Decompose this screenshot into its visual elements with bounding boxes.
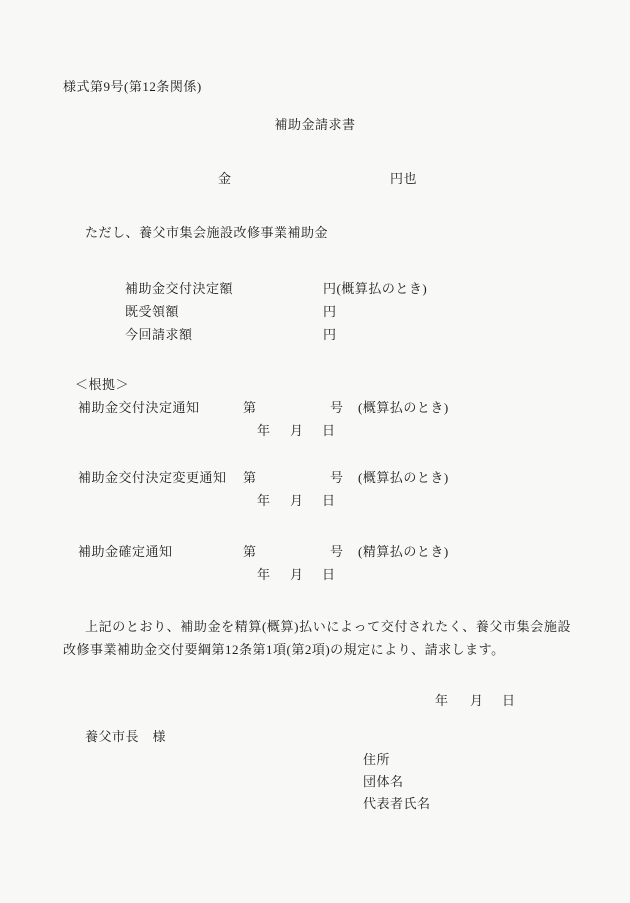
form-number: 様式第9号(第12条関係): [63, 78, 202, 95]
basis-year-label: 年: [257, 492, 271, 509]
addressee-line: 養父市長 様: [85, 728, 166, 745]
proviso-line: ただし、養父市集会施設改修事業補助金: [85, 224, 328, 241]
amount-row-unit: 円(概算払のとき): [323, 280, 427, 297]
basis-month-label: 月: [290, 422, 304, 439]
basis-row-note: (概算払のとき): [358, 469, 449, 486]
basis-day-label: 日: [322, 492, 336, 509]
signature-representative-label: 代表者氏名: [363, 795, 431, 812]
amount-row-unit: 円: [323, 326, 337, 343]
amount-prefix: 金: [218, 170, 232, 187]
basis-number-prefix: 第: [243, 543, 257, 560]
date-day-label: 日: [502, 692, 516, 709]
basis-number-prefix: 第: [243, 399, 257, 416]
basis-year-label: 年: [257, 422, 271, 439]
page-title: 補助金請求書: [0, 116, 630, 133]
amount-row-unit: 円: [323, 303, 337, 320]
amount-row-label: 既受領額: [125, 303, 179, 320]
signature-address-label: 住所: [363, 751, 390, 768]
basis-number-suffix: 号: [330, 469, 344, 486]
document-page: 様式第9号(第12条関係) 補助金請求書 金 円也 ただし、養父市集会施設改修事…: [0, 0, 630, 903]
amount-unit: 円也: [390, 170, 417, 187]
date-year-label: 年: [435, 692, 449, 709]
basis-year-label: 年: [257, 566, 271, 583]
basis-number-suffix: 号: [330, 399, 344, 416]
basis-row-label: 補助金交付決定通知: [78, 399, 200, 416]
statement-paragraph: 上記のとおり、補助金を精算(概算)払いによって交付されたく、養父市集会施設改修事…: [63, 615, 571, 661]
basis-day-label: 日: [322, 422, 336, 439]
basis-month-label: 月: [290, 566, 304, 583]
basis-day-label: 日: [322, 566, 336, 583]
date-month-label: 月: [470, 692, 484, 709]
basis-row-label: 補助金確定通知: [78, 543, 173, 560]
basis-row-label: 補助金交付決定変更通知: [78, 469, 227, 486]
basis-number-prefix: 第: [243, 469, 257, 486]
basis-number-suffix: 号: [330, 543, 344, 560]
basis-row-note: (精算払のとき): [358, 543, 449, 560]
basis-heading: ＜根拠＞: [75, 376, 129, 393]
signature-organization-label: 団体名: [363, 773, 404, 790]
basis-row-note: (概算払のとき): [358, 399, 449, 416]
amount-row-label: 今回請求額: [125, 326, 193, 343]
basis-month-label: 月: [290, 492, 304, 509]
amount-row-label: 補助金交付決定額: [125, 280, 233, 297]
